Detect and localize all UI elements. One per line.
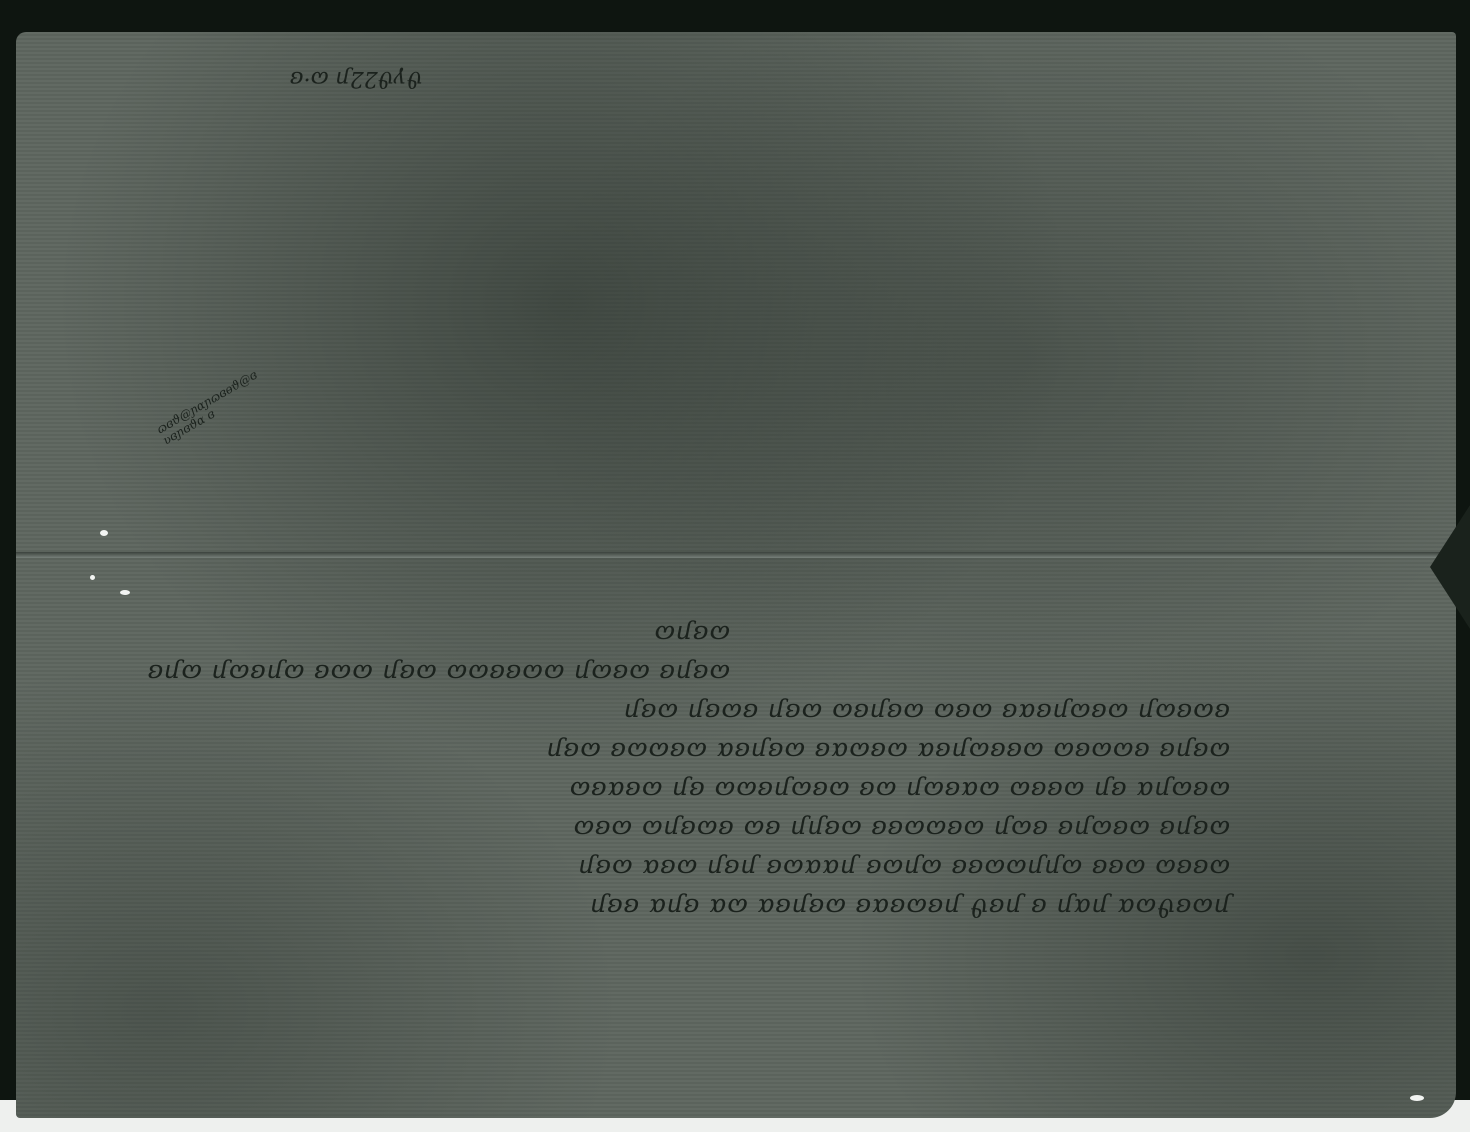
body-line: ɞɷɞɷɲ ɷɞɷɲɞɑɞ ɷɞɷ ɷɞɲɞɷ ɷɞɲ ɞɷɞɲ ɷɞɲ	[170, 693, 1230, 732]
body-line: ɷɞɲɞ ɞɷɷɞɷ ɷɞɞɷɲɞɑ ɷɞɷɑɞ ɷɞɲɞɑ ɷɞɷɷɞ ɷɞɲ	[170, 732, 1230, 771]
page-fold-crease	[16, 552, 1456, 558]
body-line: ɷɞɞɷ ɷɞɞ ɷɲɲɷɷɞɞ ɷɲɷɞ ɲɑɑɷɞ ɲɞɲ ɷɞɑ ɷɞɲ	[170, 849, 1230, 888]
letter-body: ɲɷɞϑɷɑ ɲɑɲ ɞ ɲɞϑ ɲɞɷɞɑɞ ɷɞɲɞɑ ɷɑ ɞɲɑ ɞɞɲ…	[170, 615, 1230, 927]
paper-speck	[90, 575, 95, 580]
body-line: ɷɞɲɷ	[170, 615, 1230, 654]
top-annotation: ϑγϑ22ɲ ɷ·ɞ	[290, 66, 422, 91]
paper-speck	[120, 590, 130, 595]
manuscript-page	[16, 32, 1456, 1118]
body-line: ɷɞɷɲɑ ɞɲ ɷɞɞɷ ɷɑɞɷɲ ɷɞ ɷɞɷɲɞɷɷ ɞɲ ɷɞɑɞɷ	[170, 771, 1230, 810]
body-line: ɷɞɲɞ ɷɞɷɲɞ ɞɷɲ ɷɞɷɷɞɞ ɷɞɲɲ ɞɷ ɞɷɞɲɷ ɷɞɷ	[170, 810, 1230, 849]
body-line: ɲɷɞϑɷɑ ɲɑɲ ɞ ɲɞϑ ɲɞɷɞɑɞ ɷɞɲɞɑ ɷɑ ɞɲɑ ɞɞɲ	[170, 888, 1230, 927]
torn-edge-notch	[1412, 502, 1470, 632]
body-line: ɷɞɲɞ ɷɞɷɲ ɷɷɞɞɷɷ ɷɞɲ ɷɷɞ ɷɲɞɷɲ ɷɲɞ	[170, 654, 1230, 693]
paper-speck	[100, 530, 108, 536]
paper-speck	[1410, 1095, 1424, 1101]
